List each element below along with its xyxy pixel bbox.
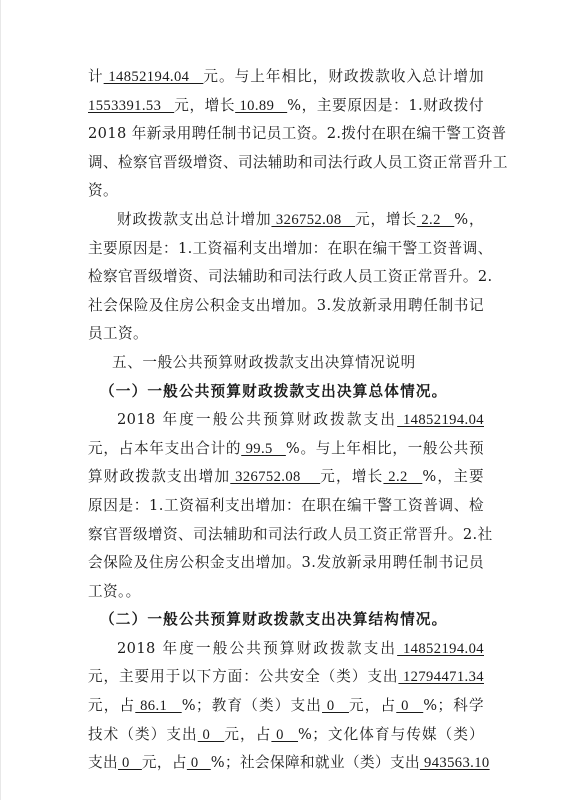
- underlined-value: 0: [198, 727, 225, 743]
- text-line: 算财政拨款支出增加 326752.08 元，增长 2.2 %，主要: [88, 463, 484, 492]
- text-segment: 元。与上年相比，财政拨款收入总计增加: [203, 68, 484, 85]
- text-line: 会保险及住房公积金支出增加。3.发放新录用聘任制书记员: [88, 549, 484, 578]
- text-segment: 元，占: [224, 726, 271, 743]
- text-line: 调、检察官晋级增资、司法辅助和司法行政人员工资正常晋升工: [88, 149, 484, 178]
- text-line: 2018 年度一般公共预算财政拨款支出 14852194.04: [88, 406, 484, 435]
- text-line: 2018 年新录用聘任制书记员工资。2.拨付在职在编干警工资普: [88, 120, 484, 149]
- underlined-value: 2.2: [383, 469, 422, 485]
- text-segment: 技术（类）支出: [88, 726, 198, 743]
- text-segment: 资。: [88, 182, 118, 199]
- paragraph-expenditure-increase: 财政拨款支出总计增加 326752.08 元，增长 2.2 %，主要原因是：1.…: [88, 206, 484, 349]
- underlined-value: 2.2: [417, 212, 454, 228]
- text-line: 元，占本年支出合计的 99.5 %。与上年相比，一般公共预: [88, 435, 484, 464]
- underlined-value: 0: [187, 755, 211, 771]
- text-segment: 察官晋级增资、司法辅助和司法行政人员工资正常晋升。2.社: [88, 526, 493, 543]
- text-segment: %。与上年相比，一般公共预: [286, 440, 484, 457]
- text-line: 察官晋级增资、司法辅助和司法行政人员工资正常晋升。2.社: [88, 521, 484, 550]
- text-line: 计 14852194.04 元。与上年相比，财政拨款收入总计增加: [88, 63, 484, 92]
- underlined-value: 86.1: [135, 698, 181, 714]
- text-line: 财政拨款支出总计增加 326752.08 元，增长 2.2 %，: [88, 206, 484, 235]
- underlined-value: 1553391.53: [88, 98, 174, 114]
- text-segment: 会保险及住房公积金支出增加。3.发放新录用聘任制书记员: [88, 554, 484, 571]
- underlined-value: 14852194.04: [397, 641, 484, 657]
- text-line: 元，占 86.1 %；教育（类）支出 0 元，占 0 %；科学: [88, 692, 484, 721]
- text-segment: %，主要原因是：1.财政拨付: [287, 97, 484, 114]
- text-segment: 社会保险及住房公积金支出增加。3.发放新录用聘任制书记: [88, 297, 484, 314]
- underlined-value: 326752.08: [230, 469, 320, 485]
- text-segment: 2018 年度一般公共预算财政拨款支出: [117, 640, 397, 657]
- text-segment: 元，增长: [174, 97, 235, 114]
- underlined-value: 0: [396, 698, 423, 714]
- text-line: 元，主要用于以下方面：公共安全（类）支出 12794471.34: [88, 663, 484, 692]
- text-line: 1553391.53 元，增长 10.89 %，主要原因是：1.财政拨付: [88, 92, 484, 121]
- paragraph-overall-expenditure: 2018 年度一般公共预算财政拨款支出 14852194.04元，占本年支出合计…: [88, 406, 484, 606]
- text-segment: 2018 年度一般公共预算财政拨款支出: [117, 411, 397, 428]
- text-line: 主要原因是：1.工资福利支出增加：在职在编干警工资普调、: [88, 235, 484, 264]
- underlined-value: 0: [118, 755, 142, 771]
- subsection-heading-overall: （一）一般公共预算财政拨款支出决算总体情况。: [88, 378, 484, 407]
- text-line: 检察官晋级增资、司法辅助和司法行政人员工资正常晋升。2.: [88, 263, 484, 292]
- text-segment: 支出: [88, 754, 118, 771]
- underlined-value: 0: [322, 698, 349, 714]
- underlined-value: 14852194.04: [397, 412, 484, 428]
- text-segment: 元，占: [349, 697, 396, 714]
- text-line: 2018 年度一般公共预算财政拨款支出 14852194.04: [88, 635, 484, 664]
- paragraph-income-comparison: 计 14852194.04 元。与上年相比，财政拨款收入总计增加1553391.…: [88, 63, 484, 206]
- subsection-heading-structure: （二）一般公共预算财政拨款支出决算结构情况。: [88, 606, 484, 635]
- underlined-value: 0: [271, 727, 298, 743]
- text-line: 工资。。: [88, 578, 484, 607]
- text-line: 社会保险及住房公积金支出增加。3.发放新录用聘任制书记: [88, 292, 484, 321]
- text-segment: 调、检察官晋级增资、司法辅助和司法行政人员工资正常晋升工: [88, 154, 508, 171]
- underlined-value: 326752.08: [271, 212, 355, 228]
- text-segment: 元，占: [88, 697, 135, 714]
- section-heading-five: 五、一般公共预算财政拨款支出决算情况说明: [88, 349, 484, 378]
- text-segment: 原因是：1.工资福利支出增加：在职在编干警工资普调、检: [88, 497, 484, 514]
- text-segment: 算财政拨款支出增加: [88, 468, 230, 485]
- underlined-value: 943563.10: [420, 755, 490, 771]
- document-body: 计 14852194.04 元。与上年相比，财政拨款收入总计增加1553391.…: [88, 63, 484, 778]
- text-line: 资。: [88, 177, 484, 206]
- underlined-value: 12794471.34: [398, 669, 484, 685]
- text-segment: 工资。。: [88, 583, 141, 600]
- text-segment: 财政拨款支出总计增加: [117, 211, 271, 228]
- text-segment: %；科学: [423, 697, 484, 714]
- text-segment: 员工资。: [88, 325, 148, 342]
- text-segment: 元，增长: [355, 211, 417, 228]
- text-segment: %；文化体育与传媒（类）: [298, 726, 484, 743]
- document-page: 计 14852194.04 元。与上年相比，财政拨款收入总计增加1553391.…: [0, 0, 565, 800]
- text-segment: %，主要: [422, 468, 484, 485]
- underlined-value: 10.89: [235, 98, 287, 114]
- text-line: 支出 0 元，占 0 %；社会保障和就业（类）支出 943563.10: [88, 749, 484, 778]
- paragraph-structure-expenditure: 2018 年度一般公共预算财政拨款支出 14852194.04元，主要用于以下方…: [88, 635, 484, 778]
- text-segment: 元，主要用于以下方面：公共安全（类）支出: [88, 668, 398, 685]
- text-segment: 元，占本年支出合计的: [88, 440, 241, 457]
- text-segment: 检察官晋级增资、司法辅助和司法行政人员工资正常晋升。2.: [88, 268, 493, 285]
- text-segment: %；教育（类）支出: [182, 697, 322, 714]
- text-line: 技术（类）支出 0 元，占 0 %；文化体育与传媒（类）: [88, 721, 484, 750]
- underlined-value: 99.5: [241, 441, 286, 457]
- underlined-value: 14852194.04: [104, 69, 204, 85]
- text-segment: %，: [454, 211, 484, 228]
- text-segment: 计: [88, 68, 104, 85]
- text-line: 员工资。: [88, 320, 484, 349]
- text-segment: 主要原因是：1.工资福利支出增加：在职在编干警工资普调、: [88, 240, 493, 257]
- text-segment: 元，增长: [320, 468, 383, 485]
- text-segment: 元，占: [142, 754, 187, 771]
- text-line: 原因是：1.工资福利支出增加：在职在编干警工资普调、检: [88, 492, 484, 521]
- text-segment: 2018 年新录用聘任制书记员工资。2.拨付在职在编干警工资普: [88, 125, 506, 142]
- text-segment: %；社会保障和就业（类）支出: [211, 754, 420, 771]
